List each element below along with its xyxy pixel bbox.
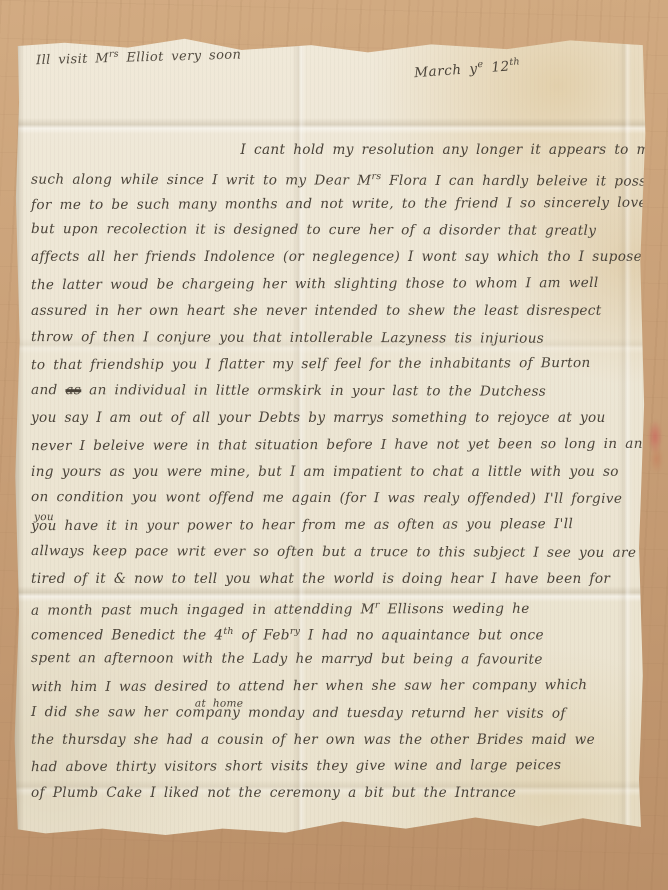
letter-line: and as an individual in little ormskirk …: [31, 377, 638, 406]
letter-line: such along while since I writ to my Dear…: [31, 163, 638, 192]
text-run: and: [31, 382, 66, 398]
text-run: th: [509, 56, 520, 68]
letter-line: ing yours as you were mine, but I am imp…: [31, 459, 638, 486]
text-run: on condition you wont offend me again (f…: [31, 489, 622, 507]
date-line: March ye 12th: [414, 56, 521, 81]
letter-line: allways keep pace writ ever so often but…: [31, 538, 638, 567]
text-run: you have it in your power to hear from m…: [31, 516, 573, 534]
letter-body: I cant hold my resolution any longer it …: [31, 137, 638, 807]
text-run: of Feb: [234, 628, 290, 644]
text-run: to that friendship you I flatter my self…: [31, 355, 591, 373]
text-run: March y: [414, 61, 479, 81]
text-run: 12: [483, 59, 510, 77]
text-run: I cant hold my resolution any longer it …: [240, 142, 658, 158]
text-run: the thursday she had a cousin of her own…: [31, 732, 595, 748]
text-run: I had no aquaintance but once: [300, 628, 544, 644]
text-run: allways keep pace writ ever so often but…: [31, 543, 636, 561]
text-run: never I beleive were in that situation b…: [31, 435, 668, 454]
letter-line: the thursday she had a cousin of her own…: [31, 727, 638, 754]
inserted-word: at home: [195, 690, 243, 717]
text-run: Ellisons weding he: [380, 600, 530, 617]
text-run: comenced Benedict the 4: [31, 628, 223, 644]
text-run: the latter woud be chargeing her with sl…: [31, 275, 599, 293]
text-run: had above thirty visitors short visits t…: [31, 757, 561, 775]
paper-left-edge-shadow: [14, 38, 24, 835]
text-run: rs: [371, 171, 381, 182]
letter-line: of Plumb Cake I liked not the ceremony a…: [31, 780, 638, 807]
text-run: for me to be such many months and not wr…: [31, 194, 647, 212]
text-run: I did she saw her company monday and tue…: [31, 704, 566, 722]
fold-crease-top: [14, 118, 646, 134]
inserted-word: you: [34, 504, 54, 531]
struck-word: as: [65, 382, 81, 398]
letter-line: I cant hold my resolution any longer it …: [240, 137, 638, 164]
letter-line: with him I was desired to attend her whe…: [31, 672, 638, 701]
letter-line: but upon recolection it is designed to c…: [31, 216, 638, 245]
text-run: affects all her friends Indolence (or ne…: [31, 249, 642, 265]
letter-line: for me to be such many months and not wr…: [31, 189, 638, 218]
text-run: you say I am out of all your Debts by ma…: [31, 410, 606, 426]
letter-line: I did she saw her company monday and tue…: [31, 699, 638, 728]
letter-line: you say I am out of all your Debts by ma…: [31, 405, 638, 432]
photo-wood-table: Ill visit Mrs Elliot very soon March ye …: [0, 0, 668, 890]
text-run: throw of then I conjure you that intolle…: [31, 329, 544, 347]
red-stain: [645, 418, 665, 472]
letter-line: never I beleive were in that situation b…: [31, 431, 638, 460]
letter-line: had above thirty visitors short visits t…: [31, 752, 638, 781]
letter-line: on condition you wont offend me again (f…: [31, 484, 638, 513]
text-run: Ill visit M: [36, 51, 109, 68]
text-run: an individual in little ormskirk in your…: [81, 382, 546, 399]
text-run: Elliot very soon: [119, 47, 242, 65]
text-run: rs: [109, 49, 119, 60]
text-run: with him I was desired to attend her whe…: [31, 677, 587, 695]
text-run: but upon recolection it is designed to c…: [31, 221, 596, 239]
letter-line: spent an afternoon with the Lady he marr…: [31, 645, 638, 674]
letter-line: affects all her friends Indolence (or ne…: [31, 244, 638, 271]
letter-line: comenced Benedict the 4th of Febry I had…: [31, 619, 638, 646]
text-run: th: [223, 626, 233, 637]
letter-line: to that friendship you I flatter my self…: [31, 350, 638, 379]
text-run: of Plumb Cake I liked not the ceremony a…: [31, 785, 516, 801]
text-run: assured in her own heart she never inten…: [31, 303, 602, 319]
text-run: ry: [290, 626, 300, 637]
text-run: such along while since I writ to my Dear…: [31, 171, 372, 188]
text-run: Flora I can hardly beleive it possible: [381, 172, 668, 189]
letter-paper: Ill visit Mrs Elliot very soon March ye …: [14, 38, 646, 835]
letter-line: a month past much ingaged in attendding …: [31, 591, 638, 620]
letter-line: throw of then I conjure you that intolle…: [31, 324, 638, 353]
letter-line: tired of it & now to tell you what the w…: [31, 566, 638, 593]
text-run: ing yours as you were mine, but I am imp…: [31, 464, 619, 480]
text-run: spent an afternoon with the Lady he marr…: [31, 650, 543, 668]
letter-line: assured in her own heart she never inten…: [31, 298, 638, 325]
text-run: tired of it & now to tell you what the w…: [31, 571, 610, 587]
letter-line: the latter woud be chargeing her with sl…: [31, 270, 638, 299]
letter-line: you have it in your power to hear from m…: [31, 511, 638, 540]
text-run: a month past much ingaged in attendding …: [31, 601, 375, 618]
annotation-note: Ill visit Mrs Elliot very soon: [36, 45, 242, 68]
